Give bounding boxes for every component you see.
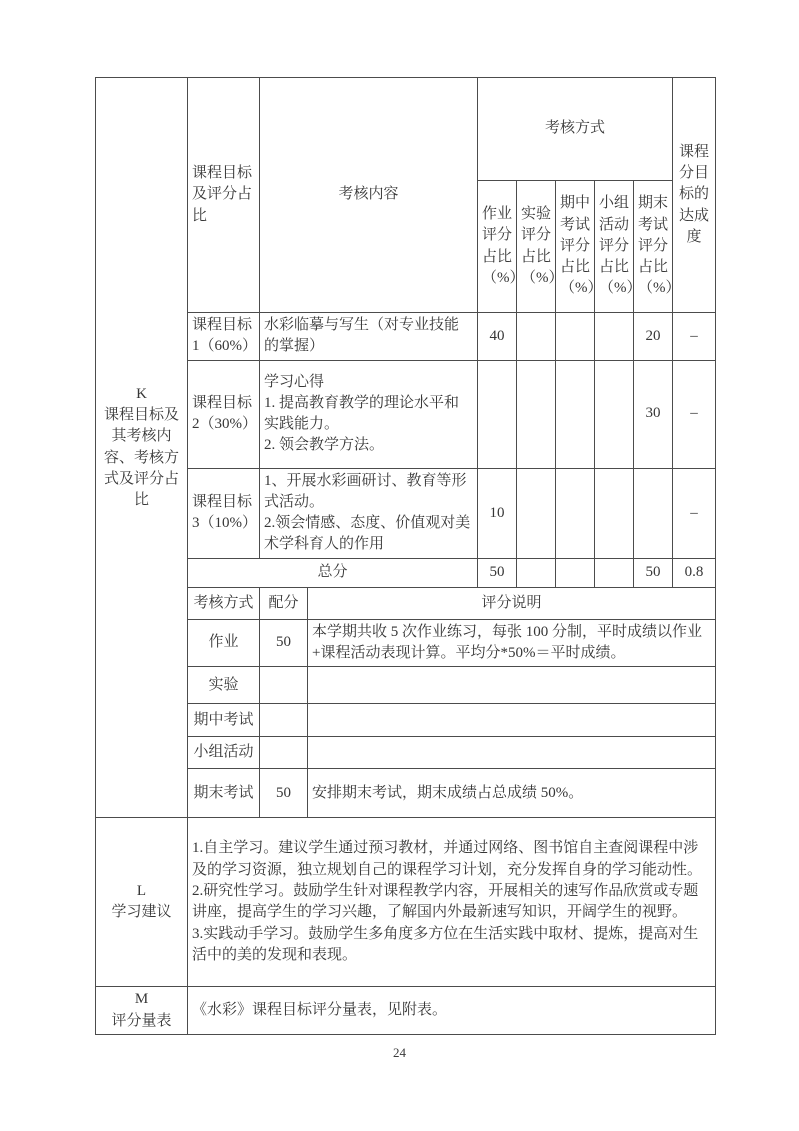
goal-2-final: 30	[634, 360, 673, 468]
method-name: 期末考试	[188, 769, 260, 818]
goal-row-1: 课程目标1（60%） 水彩临摹与写生（对专业技能的掌握） 40 20 –	[96, 313, 716, 361]
goal-3-content: 1、开展水彩画研讨、教育等形式活动。 2.领会情感、态度、价值观对美术学科育人的…	[260, 468, 478, 558]
goal-3-midterm	[556, 468, 595, 558]
total-group	[595, 558, 634, 587]
total-midterm	[556, 558, 595, 587]
goal-1-achievement: –	[673, 313, 716, 361]
goal-3-final	[634, 468, 673, 558]
method-score	[260, 704, 308, 737]
total-row: 总分 50 50 0.8	[96, 558, 716, 587]
section-k-label-cell: K 课程目标及其考核内容、考核方式及评分占比	[96, 78, 188, 818]
col-header-goal: 课程目标及评分占比	[188, 78, 260, 313]
goal-3-group	[595, 468, 634, 558]
goal-1-homework: 40	[478, 313, 517, 361]
section-l-name: 学习建议	[100, 902, 183, 923]
total-final: 50	[634, 558, 673, 587]
method-name: 小组活动	[188, 737, 260, 769]
goal-1-group	[595, 313, 634, 361]
col-header-achievement: 课程分目标的达成度	[673, 78, 716, 313]
col-header-method: 考核方式	[478, 78, 673, 181]
total-label: 总分	[188, 558, 478, 587]
method-row-homework: 作业 50 本学期共收 5 次作业练习，每张 100 分制，平时成绩以作业+课程…	[96, 619, 716, 667]
method-row-experiment: 实验	[96, 667, 716, 704]
goal-2-content: 学习心得 1. 提高教育教学的理论水平和实践能力。 2. 领会教学方法。	[260, 360, 478, 468]
section-m-letter: M	[100, 989, 183, 1010]
section-m-name: 评分量表	[100, 1011, 183, 1032]
total-homework: 50	[478, 558, 517, 587]
method-description: 本学期共收 5 次作业练习，每张 100 分制，平时成绩以作业+课程活动表现计算…	[308, 619, 716, 667]
method-name: 实验	[188, 667, 260, 704]
subcol-midterm: 期中考试评分占比（%）	[556, 181, 595, 313]
method-name: 期中考试	[188, 704, 260, 737]
section-l-row: L 学习建议 1.自主学习。建议学生通过预习教材，并通过网络、图书馆自主查阅课程…	[96, 818, 716, 987]
method-description	[308, 704, 716, 737]
method-row-midterm: 期中考试	[96, 704, 716, 737]
goal-2-experiment	[517, 360, 556, 468]
subcol-experiment: 实验评分占比（%）	[517, 181, 556, 313]
goal-1-label: 课程目标1（60%）	[188, 313, 260, 361]
description-col-header: 评分说明	[308, 587, 716, 619]
method-name: 作业	[188, 619, 260, 667]
goal-1-content: 水彩临摹与写生（对专业技能的掌握）	[260, 313, 478, 361]
method-header-row: 考核方式 配分 评分说明	[96, 587, 716, 619]
header-row-1: K 课程目标及其考核内容、考核方式及评分占比 课程目标及评分占比 考核内容 考核…	[96, 78, 716, 181]
subcol-homework: 作业评分占比（%）	[478, 181, 517, 313]
method-row-final: 期末考试 50 安排期末考试，期末成绩占总成绩 50%。	[96, 769, 716, 818]
col-header-content: 考核内容	[260, 78, 478, 313]
method-score: 50	[260, 619, 308, 667]
goal-1-experiment	[517, 313, 556, 361]
section-m-content: 《水彩》课程目标评分量表，见附表。	[188, 987, 716, 1035]
score-col-header: 配分	[260, 587, 308, 619]
total-achievement: 0.8	[673, 558, 716, 587]
page-number: 24	[0, 1045, 799, 1061]
section-l-letter: L	[100, 881, 183, 902]
course-assessment-table: K 课程目标及其考核内容、考核方式及评分占比 课程目标及评分占比 考核内容 考核…	[95, 77, 716, 1035]
method-description	[308, 737, 716, 769]
method-description	[308, 667, 716, 704]
goal-row-2: 课程目标2（30%） 学习心得 1. 提高教育教学的理论水平和实践能力。 2. …	[96, 360, 716, 468]
goal-3-label: 课程目标3（10%）	[188, 468, 260, 558]
section-m-row: M 评分量表 《水彩》课程目标评分量表，见附表。	[96, 987, 716, 1035]
goal-2-homework	[478, 360, 517, 468]
goal-2-midterm	[556, 360, 595, 468]
method-row-group: 小组活动	[96, 737, 716, 769]
section-l-label-cell: L 学习建议	[96, 818, 188, 987]
goal-3-homework: 10	[478, 468, 517, 558]
goal-row-3: 课程目标3（10%） 1、开展水彩画研讨、教育等形式活动。 2.领会情感、态度、…	[96, 468, 716, 558]
subcol-group: 小组活动评分占比（%）	[595, 181, 634, 313]
document-page: K 课程目标及其考核内容、考核方式及评分占比 课程目标及评分占比 考核内容 考核…	[0, 0, 799, 1131]
section-k-letter: K	[100, 384, 183, 405]
section-l-content: 1.自主学习。建议学生通过预习教材，并通过网络、图书馆自主查阅课程中涉及的学习资…	[188, 818, 716, 987]
goal-2-achievement: –	[673, 360, 716, 468]
goal-2-group	[595, 360, 634, 468]
goal-3-achievement: –	[673, 468, 716, 558]
section-k-name: 课程目标及其考核内容、考核方式及评分占比	[100, 405, 183, 511]
goal-1-midterm	[556, 313, 595, 361]
goal-2-label: 课程目标2（30%）	[188, 360, 260, 468]
total-experiment	[517, 558, 556, 587]
goal-1-final: 20	[634, 313, 673, 361]
method-description: 安排期末考试，期末成绩占总成绩 50%。	[308, 769, 716, 818]
goal-3-experiment	[517, 468, 556, 558]
section-m-label-cell: M 评分量表	[96, 987, 188, 1035]
method-score	[260, 737, 308, 769]
method-col-header: 考核方式	[188, 587, 260, 619]
subcol-final: 期末考试评分占比（%）	[634, 181, 673, 313]
method-score: 50	[260, 769, 308, 818]
method-score	[260, 667, 308, 704]
